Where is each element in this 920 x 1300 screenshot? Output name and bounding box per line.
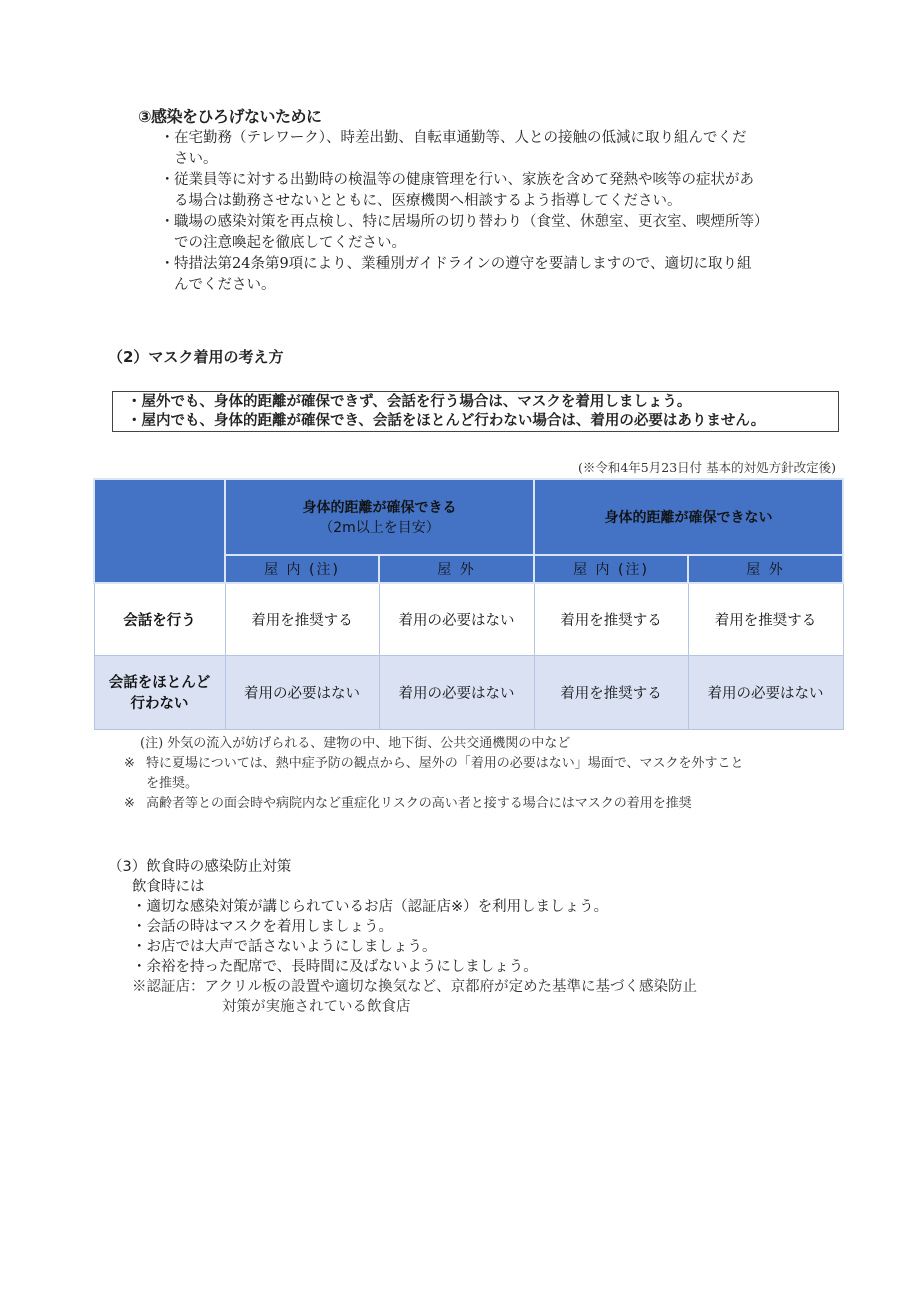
list-item: ・ 従業員等に対する出勤時の検温等の健康管理を行い、家族を含めて発熱や咳等の症状… [160,170,840,212]
list-item: ・ 職場の感染対策を再点検し、特に居場所の切り替わり（食堂、休憩室、更衣室、喫煙… [160,212,840,254]
section-heading-dining: （3）飲食時の感染防止対策 [108,857,697,877]
table-cell: 着用の必要はない [379,655,534,729]
table-cell: 着用を推奨する [225,583,379,655]
sub-header-outdoor: 屋 外 [379,555,534,583]
list-item-line: 在宅勤務（テレワーク）、時差出勤、自転車通勤等、人との接触の低減に取り組んでくだ [174,128,840,149]
table-cell: 着用の必要はない [688,655,843,729]
list-item-line: での注意喚起を徹底してください。 [174,233,840,254]
list-item: ・ 在宅勤務（テレワーク）、時差出勤、自転車通勤等、人との接触の低減に取り組んで… [160,128,840,170]
note-line: 高齢者等との面会時や病院内など重症化リスクの高い者と接する場合にはマスクの着用を… [146,794,852,814]
bullet-mark: ・ [160,254,175,275]
row-label-line: 行わない [95,692,225,713]
table-corner-cell [94,479,225,583]
list-item: ・適切な感染対策が講じられているお店（認証店※）を利用しましょう。 [108,897,697,917]
dining-section: （3）飲食時の感染防止対策 飲食時には ・適切な感染対策が講じられているお店（認… [108,857,697,1017]
prevent-spread-list: ・ 在宅勤務（テレワーク）、時差出勤、自転車通勤等、人との接触の低減に取り組んで… [160,128,840,296]
note-item: ※ 特に夏場については、熱中症予防の観点から、屋外の「着用の必要はない」場面で、… [124,754,852,794]
list-item-line: る場合は勤務させないとともに、医療機関へ相談するよう指導してください。 [174,191,840,212]
note-line: (注) 外気の流入が妨げられる、建物の中、地下街、公共交通機関の中など [140,734,852,754]
summary-line: ・屋内でも、身体的距離が確保でき、会話をほとんど行わない場合は、着用の必要はあり… [127,412,838,431]
list-item: ・余裕を持った配席で、長時間に及ばないようにしましょう。 [108,957,697,977]
table-cell: 着用を推奨する [534,655,688,729]
table-cell: 着用を推奨する [534,583,688,655]
table-notes: (注) 外気の流入が妨げられる、建物の中、地下街、公共交通機関の中など ※ 特に… [132,734,852,814]
list-item: ・お店では大声で話さないようにしましょう。 [108,937,697,957]
summary-line: ・屋外でも、身体的距離が確保できず、会話を行う場合は、マスクを着用しましょう。 [127,393,838,412]
group-header-distance-ok: 身体的距離が確保できる （2m以上を目安） [225,479,534,555]
reference-mark: ※ [124,794,135,814]
row-label-line: 会話をほとんど [95,671,225,692]
table-cell: 着用の必要はない [379,583,534,655]
group-header-line: （2m以上を目安） [226,517,533,537]
list-item-line: さい。 [174,149,840,170]
certified-store-note: ※認証店：アクリル板の設置や適切な換気など、京都府が定めた基準に基づく感染防止 [108,977,697,997]
sub-header-outdoor: 屋 外 [688,555,843,583]
bullet-mark: ・ [160,170,175,191]
table-row: 会話をほとんど 行わない 着用の必要はない 着用の必要はない 着用を推奨する 着… [94,655,843,729]
list-item-line: 特措法第24条第9項により、業種別ガイドラインの遵守を要請しますので、適切に取り… [174,254,840,275]
row-label: 会話をほとんど 行わない [94,655,225,729]
reference-mark: ※ [124,754,135,774]
table-row: 会話を行う 着用を推奨する 着用の必要はない 着用を推奨する 着用を推奨する [94,583,843,655]
section-heading-mask: （2）マスク着用の考え方 [108,346,283,367]
bullet-mark: ・ [160,212,175,233]
dining-lead: 飲食時には [108,877,697,897]
mask-summary-box: ・屋外でも、身体的距離が確保できず、会話を行う場合は、マスクを着用しましょう。 … [112,391,839,432]
note-line: を推奨。 [146,774,852,794]
note-item: ※ 高齢者等との面会時や病院内など重症化リスクの高い者と接する場合にはマスクの着… [124,794,852,814]
note-item: (注) 外気の流入が妨げられる、建物の中、地下街、公共交通機関の中など [132,734,852,754]
table-cell: 着用の必要はない [225,655,379,729]
sub-header-indoor: 屋 内 (注) [534,555,688,583]
list-item-line: んでください。 [174,275,840,296]
group-header-line: 身体的距離が確保できない [535,507,842,527]
bullet-mark: ・ [160,128,175,149]
note-line: 特に夏場については、熱中症予防の観点から、屋外の「着用の必要はない」場面で、マス… [146,754,852,774]
list-item-line: 職場の感染対策を再点検し、特に居場所の切り替わり（食堂、休憩室、更衣室、喫煙所等… [174,212,840,233]
section-heading-prevent-spread: ③感染をひろげないために [138,104,322,127]
group-header-line: 身体的距離が確保できる [226,497,533,517]
group-header-distance-not-ok: 身体的距離が確保できない [534,479,843,555]
list-item: ・ 特措法第24条第9項により、業種別ガイドラインの遵守を要請しますので、適切に… [160,254,840,296]
certified-store-note-cont: 対策が実施されている飲食店 [108,997,697,1017]
mask-guideline-table: 身体的距離が確保できる （2m以上を目安） 身体的距離が確保できない 屋 内 (… [93,478,844,730]
revision-date-note: (※令和4年5月23日付 基本的対処方針改定後) [578,458,836,476]
table-cell: 着用を推奨する [688,583,843,655]
list-item: ・会話の時はマスクを着用しましょう。 [108,917,697,937]
list-item-line: 従業員等に対する出勤時の検温等の健康管理を行い、家族を含めて発熱や咳等の症状があ [174,170,840,191]
sub-header-indoor: 屋 内 (注) [225,555,379,583]
row-label: 会話を行う [94,583,225,655]
